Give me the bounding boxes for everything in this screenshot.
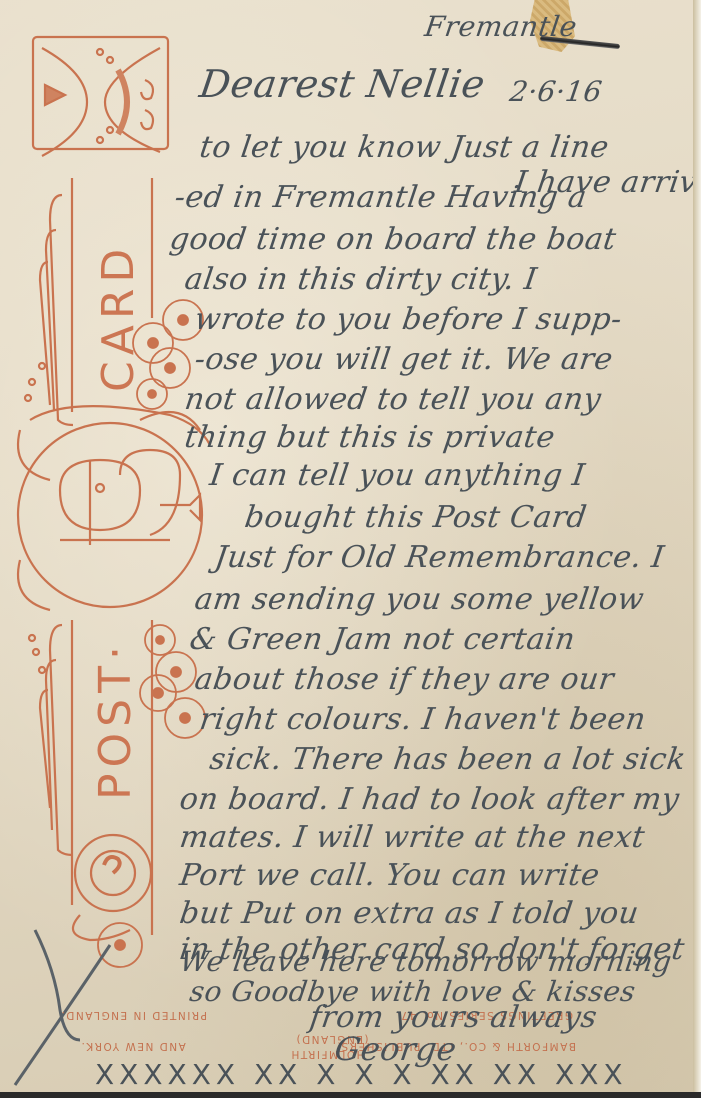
letter-line: on board. I had to look after my (178, 782, 682, 817)
handwritten-greeting: Dearest Nellie (197, 62, 488, 106)
letter-line: We leave here tomorrow morning (178, 945, 674, 978)
handwritten-kisses: XXXXXX XX X X X XX XX XXX (95, 1058, 628, 1091)
card-title-vertical: CARD (93, 243, 144, 392)
letter-line: sick. There has been a lot sick (208, 742, 689, 777)
postcard-back: CARD POST· GREETINGS SERIES No. 47. PRIN… (0, 0, 701, 1098)
letter-line: bought this Post Card (243, 500, 589, 535)
card-edge (693, 0, 701, 1098)
letter-line: also in this dirty city. I (183, 262, 540, 297)
printed-in-england: PRINTED IN ENGLAND. (60, 1009, 207, 1021)
letter-line: I can tell you anything I (208, 458, 588, 493)
letter-line: right colours. I haven't been (198, 702, 649, 737)
letter-line: Just for Old Remembrance. I (213, 540, 667, 575)
handwritten-place: Fremantle (423, 10, 580, 43)
stamp-box-icon (33, 37, 168, 156)
letter-line: thing but this is private (183, 420, 558, 455)
publisher-branch: AND NEW YORK. (80, 1040, 186, 1052)
letter-line: to let you know Just a line (198, 130, 612, 165)
letter-line: am sending you some yellow (193, 582, 647, 617)
letter-line: & Green Jam not certain (188, 622, 578, 657)
letter-line: but Put on extra as I told you (178, 896, 642, 931)
letter-line: mates. I will write at the next (178, 820, 648, 855)
letter-line: -ose you will get it. We are (193, 342, 616, 377)
scan-border (0, 1092, 701, 1098)
letter-line: wrote to you before I supp- (193, 302, 625, 337)
letter-line: Port we call. You can write (178, 858, 602, 893)
letter-line: good time on board the boat (168, 222, 619, 257)
letter-line: about those if they are our (193, 662, 617, 697)
letter-line: -ed in Fremantle Having a (173, 180, 590, 215)
post-title-vertical: POST· (90, 640, 141, 800)
handwritten-date: 2·6·16 (508, 75, 605, 108)
letter-line: not allowed to tell you any (183, 382, 604, 417)
